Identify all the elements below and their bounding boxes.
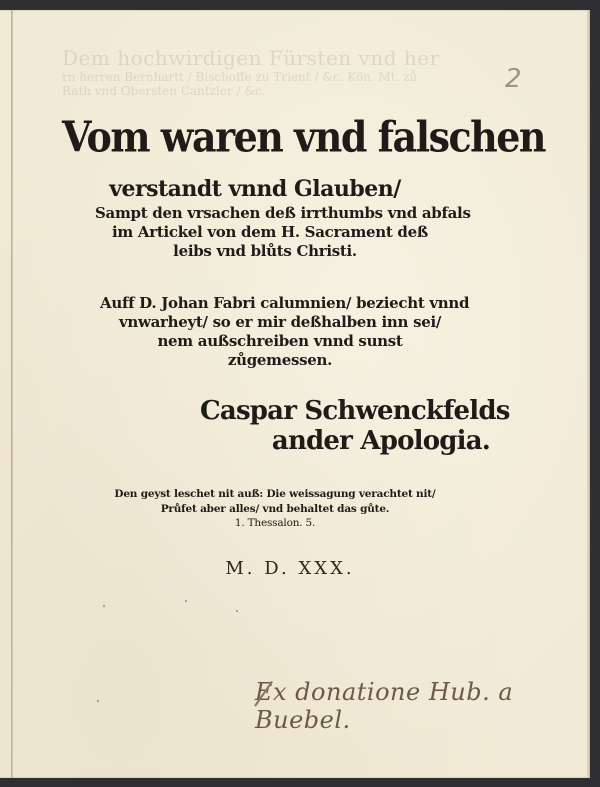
title-line-1: Vom waren vnd falschen: [62, 112, 492, 162]
response-line: Auff D. Johan Fabri calumnien/ beziecht …: [100, 294, 460, 312]
response-line: vnwarheyt/ so er mir deßhalben inn sei/: [100, 313, 460, 331]
title-line-2: verstandt vnnd Glauben/: [95, 176, 415, 202]
motto-line: Průfet aber alles/ vnd behaltet das gůte…: [110, 503, 440, 515]
ink-speck: [185, 600, 187, 602]
response-line: zůgemessen.: [100, 351, 460, 369]
bleed-through-text: Rath vnd Obersten Cantzler / &c.: [62, 84, 266, 98]
subtitle-line: leibs vnd blůts Christi.: [95, 242, 435, 260]
motto-citation: 1. Thessalon. 5.: [110, 517, 440, 529]
response-line: nem außschreiben vnnd sunst: [100, 332, 460, 350]
subtitle-line: im Artickel von dem H. Sacrament deß: [95, 223, 445, 241]
ink-speck: [97, 700, 99, 702]
author-line: ander Apologia.: [200, 426, 490, 456]
provenance-inscription: Ex donatione Hub. a Buebel.: [255, 678, 590, 734]
document-page: Dem hochwirdigen Fürsten vnd her rn herr…: [0, 10, 590, 778]
page-number-annotation: 2: [505, 64, 522, 94]
author-line: Caspar Schwenckfelds: [200, 396, 500, 426]
motto-line: Den geyst leschet nit auß: Die weissagun…: [110, 488, 440, 500]
bleed-through-text: rn herren Bernhartt / Bischoffe zu Trien…: [62, 70, 417, 84]
ink-speck: [236, 610, 238, 612]
publication-year: M. D. XXX.: [180, 558, 400, 579]
page-gutter: [11, 10, 13, 778]
bleed-through-text: Dem hochwirdigen Fürsten vnd her: [62, 46, 440, 70]
ink-speck: [103, 605, 105, 607]
subtitle-line: Sampt den vrsachen deß irrthumbs vnd abf…: [95, 204, 465, 222]
